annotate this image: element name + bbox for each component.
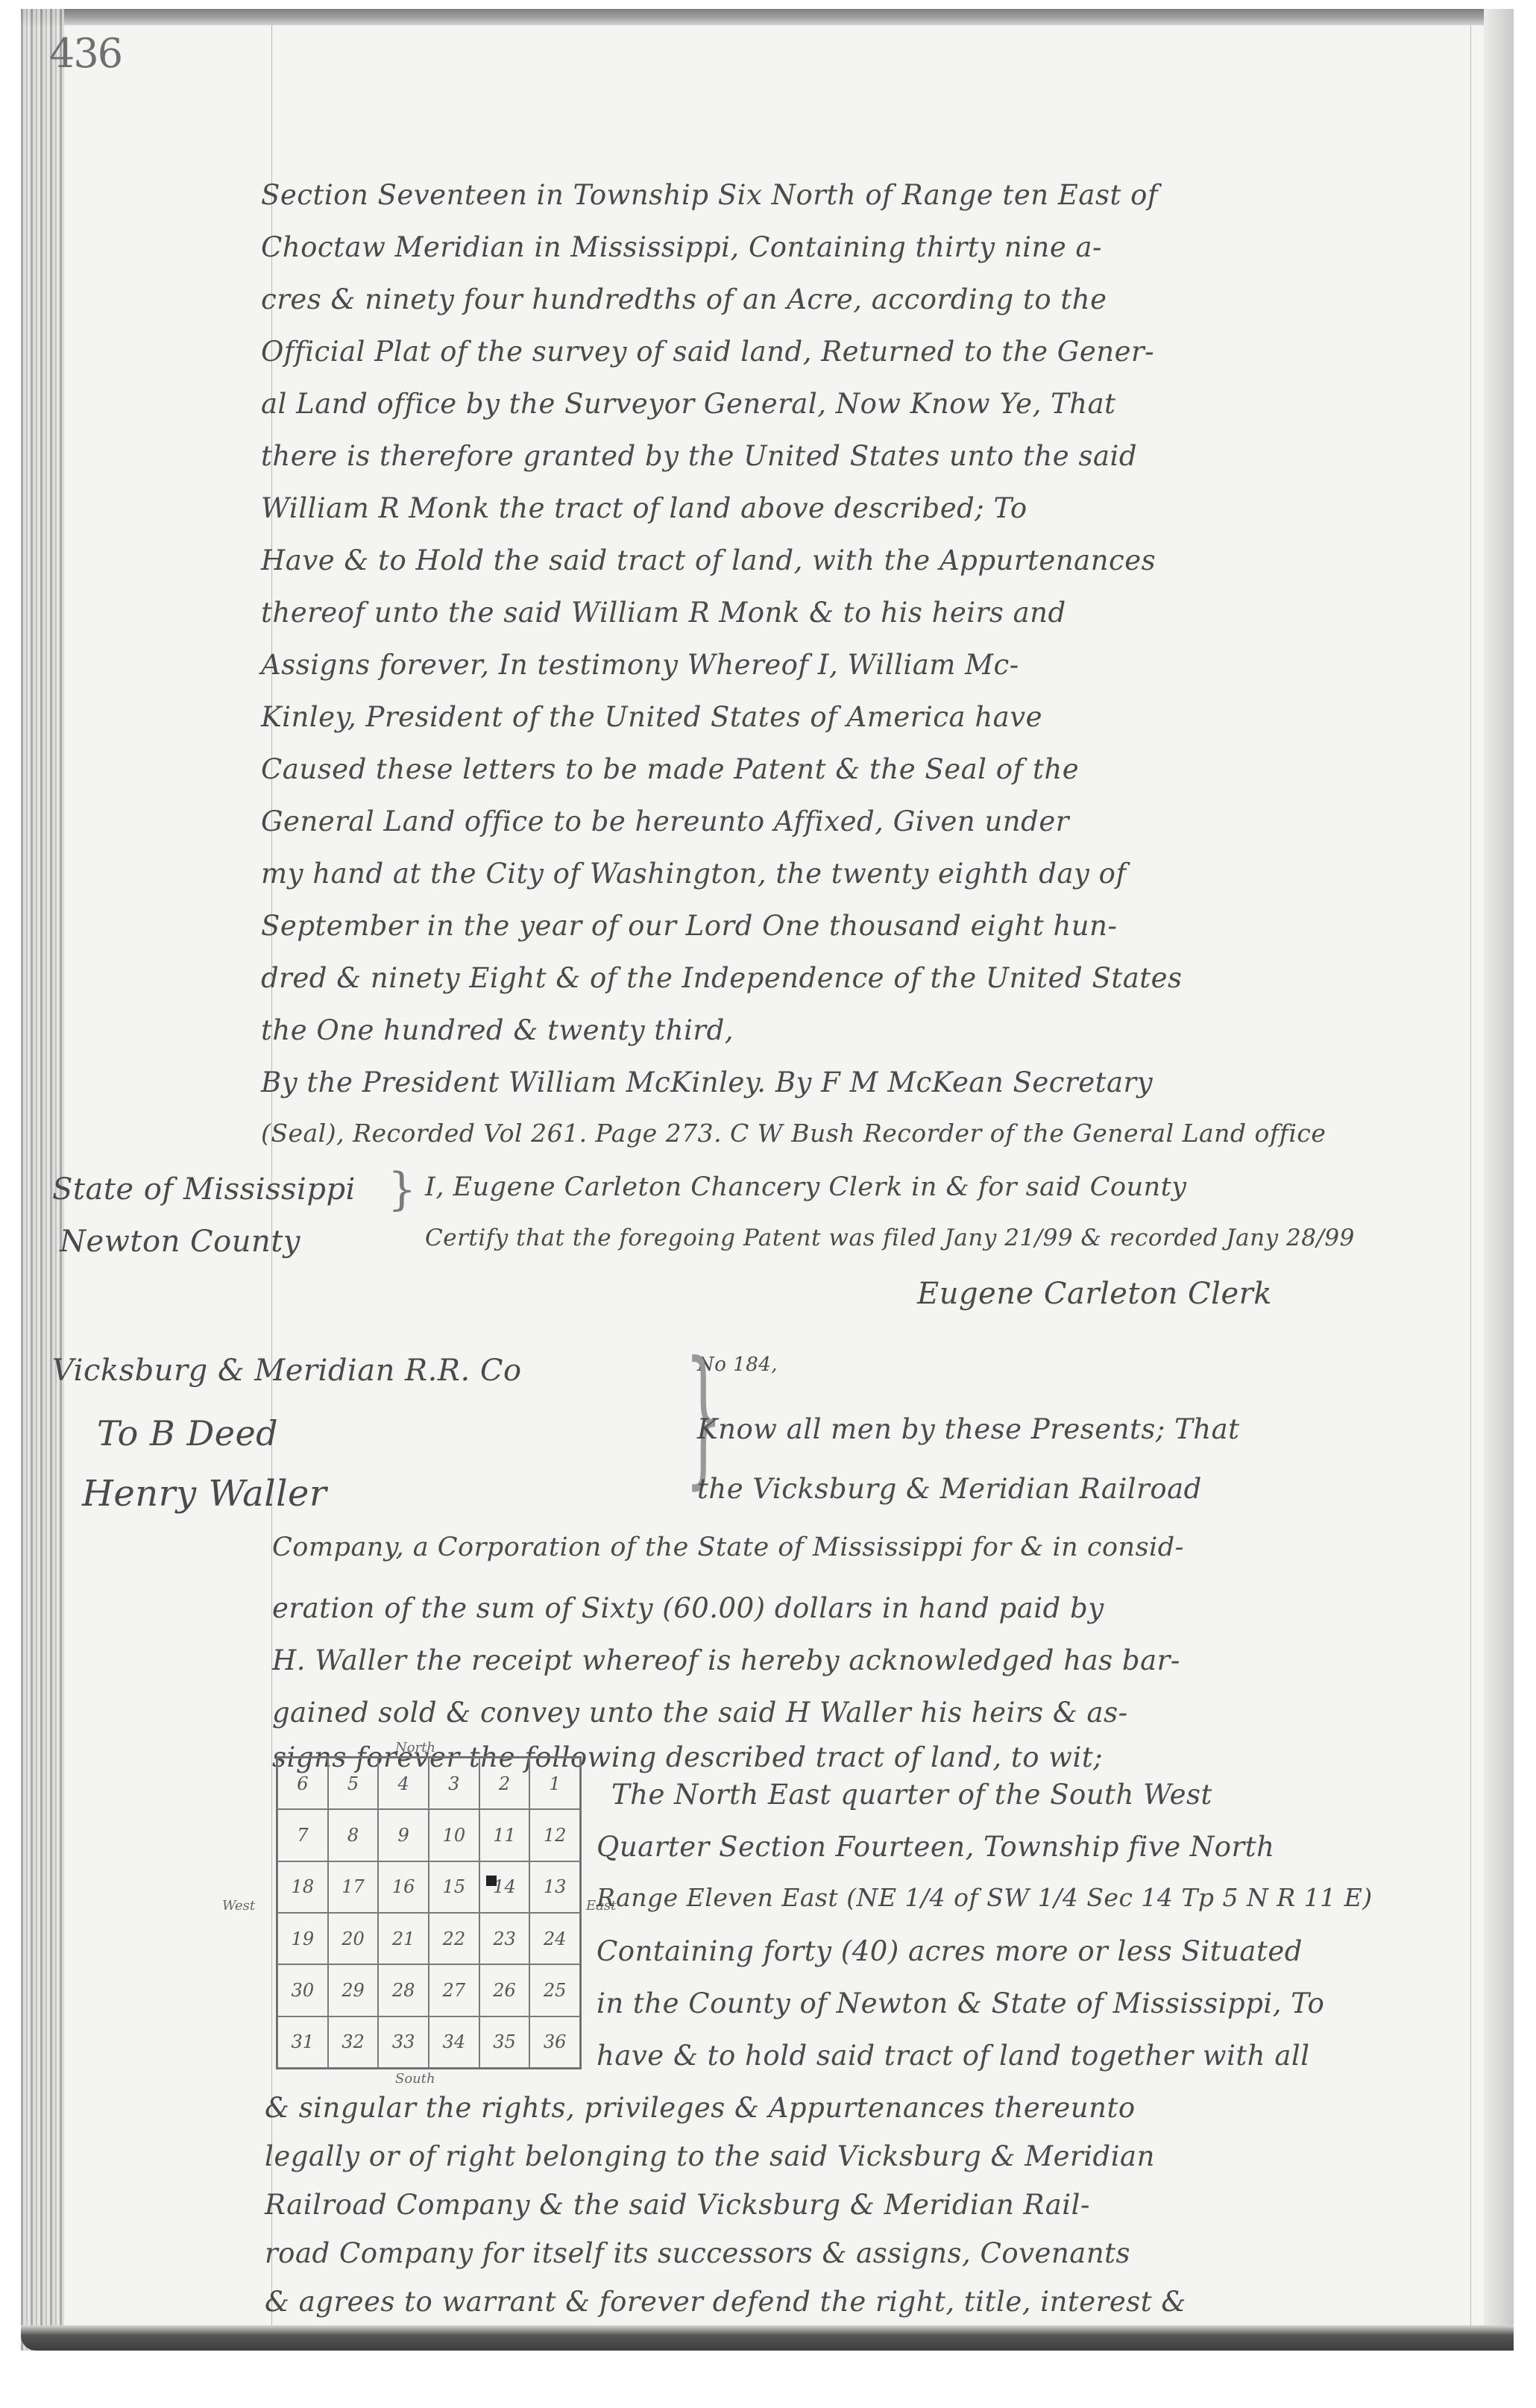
plat-section: 31	[277, 2016, 328, 2068]
plat-section: 1	[529, 1758, 580, 1809]
margin-rule-right	[1470, 25, 1471, 2330]
text-line: the Vicksburg & Meridian Railroad	[697, 1473, 1202, 1505]
plat-section: 15	[429, 1861, 479, 1913]
text-line: Choctaw Meridian in Mississippi, Contain…	[261, 231, 1102, 263]
text-line: there is therefore granted by the United…	[261, 440, 1137, 472]
brace-icon: }	[388, 1163, 416, 1216]
text-line: H. Waller the receipt whereof is hereby …	[272, 1644, 1180, 1676]
text-line: Have & to Hold the said tract of land, w…	[261, 544, 1156, 576]
text-line: legally or of right belonging to the sai…	[265, 2140, 1155, 2172]
plat-section: 3	[429, 1758, 479, 1809]
plat-section: 4	[378, 1758, 429, 1809]
plat-section: 27	[429, 1964, 479, 2016]
plat-section: 32	[328, 2016, 379, 2068]
plat-section: 24	[529, 1913, 580, 1964]
plat-section: 23	[479, 1913, 530, 1964]
plat-section: 28	[378, 1964, 429, 2016]
plat-section: 13	[529, 1861, 580, 1913]
text-line: & agrees to warrant & forever defend the…	[265, 2286, 1186, 2318]
plat-section: 29	[328, 1964, 379, 2016]
plat-section: 18	[277, 1861, 328, 1913]
text-line: in the County of Newton & State of Missi…	[597, 1987, 1324, 2019]
text-line: By the President William McKinley. By F …	[261, 1066, 1153, 1098]
plat-section: 25	[529, 1964, 580, 2016]
text-line: thereof unto the said William R Monk & t…	[261, 597, 1066, 629]
text-line: General Land office to be hereunto Affix…	[261, 805, 1069, 837]
text-line: The North East quarter of the South West	[611, 1779, 1212, 1811]
plat-section: 17	[328, 1861, 379, 1913]
plat-section: 26	[479, 1964, 530, 2016]
margin-grantor: Vicksburg & Meridian R.R. Co	[52, 1354, 522, 1388]
plat-section: 20	[328, 1913, 379, 1964]
text-line: Assigns forever, In testimony Whereof I,…	[261, 649, 1019, 681]
plat-section: 6	[277, 1758, 328, 1809]
page-number: 436	[49, 30, 122, 77]
plat-section: 21	[378, 1913, 429, 1964]
text-line: Railroad Company & the said Vicksburg & …	[265, 2189, 1090, 2221]
page-right-edge	[1484, 9, 1514, 2351]
text-line: cres & ninety four hundredths of an Acre…	[261, 283, 1107, 315]
plat-section: 9	[378, 1809, 429, 1861]
text-line: Kinley, President of the United States o…	[261, 701, 1042, 733]
margin-county: Newton County	[60, 1225, 300, 1259]
plat-grid: 6 5 4 3 2 1 7 8 9 10 11 12 18 17 16 15 1…	[276, 1756, 582, 2069]
plat-section: 7	[277, 1809, 328, 1861]
clerk-signature: Eugene Carleton Clerk	[917, 1277, 1272, 1311]
margin-state: State of Mississippi	[52, 1172, 356, 1207]
plat-section: 10	[429, 1809, 479, 1861]
plat-section: 36	[529, 2016, 580, 2068]
text-line: Range Eleven East (NE 1/4 of SW 1/4 Sec …	[597, 1883, 1373, 1912]
plat-section: 12	[529, 1809, 580, 1861]
page-top-edge	[21, 9, 1514, 25]
text-line: William R Monk the tract of land above d…	[261, 492, 1027, 524]
text-line: the One hundred & twenty third,	[261, 1014, 734, 1046]
text-line: Section Seventeen in Township Six North …	[261, 179, 1158, 211]
plat-section: 30	[277, 1964, 328, 2016]
text-line: Company, a Corporation of the State of M…	[272, 1532, 1184, 1562]
text-line: Certify that the foregoing Patent was fi…	[425, 1225, 1355, 1251]
plat-section: 8	[328, 1809, 379, 1861]
plat-section: 5	[328, 1758, 379, 1809]
text-line: Know all men by these Presents; That	[697, 1413, 1240, 1445]
text-line: Quarter Section Fourteen, Township five …	[597, 1831, 1274, 1863]
plat-section: 22	[429, 1913, 479, 1964]
plat-south-label: South	[395, 2071, 435, 2087]
plat-west-label: West	[222, 1898, 255, 1914]
text-line: (Seal), Recorded Vol 261. Page 273. C W …	[261, 1119, 1326, 1148]
township-plat: North South West East 6 5 4 3 2 1 7 8 9 …	[276, 1756, 582, 2069]
plat-north-label: North	[395, 1740, 435, 1755]
margin-grantee: Henry Waller	[82, 1473, 327, 1515]
text-line: road Company for itself its successors &…	[265, 2237, 1130, 2269]
text-line: I, Eugene Carleton Chancery Clerk in & f…	[425, 1172, 1187, 1202]
text-line: have & to hold said tract of land togeth…	[597, 2040, 1310, 2072]
text-line: al Land office by the Surveyor General, …	[261, 388, 1116, 420]
text-line: Caused these letters to be made Patent &…	[261, 753, 1079, 785]
text-line: eration of the sum of Sixty (60.00) doll…	[272, 1592, 1104, 1624]
text-line: Official Plat of the survey of said land…	[261, 336, 1154, 368]
plat-section: 16	[378, 1861, 429, 1913]
text-line: my hand at the City of Washington, the t…	[261, 858, 1127, 890]
plat-section: 11	[479, 1809, 530, 1861]
text-line: dred & ninety Eight & of the Independenc…	[261, 962, 1183, 994]
plat-section: 33	[378, 2016, 429, 2068]
margin-deed-label: To B Deed	[97, 1413, 278, 1453]
plat-section: 35	[479, 2016, 530, 2068]
text-line: Containing forty (40) acres more or less…	[597, 1935, 1303, 1967]
text-line: September in the year of our Lord One th…	[261, 910, 1117, 942]
text-line: gained sold & convey unto the said H Wal…	[272, 1697, 1128, 1729]
page-bottom-edge	[21, 2325, 1514, 2351]
plat-section-marked: 14	[479, 1861, 530, 1913]
text-line: & singular the rights, privileges & Appu…	[265, 2092, 1136, 2124]
plat-section: 2	[479, 1758, 530, 1809]
plat-section: 19	[277, 1913, 328, 1964]
plat-section: 34	[429, 2016, 479, 2068]
